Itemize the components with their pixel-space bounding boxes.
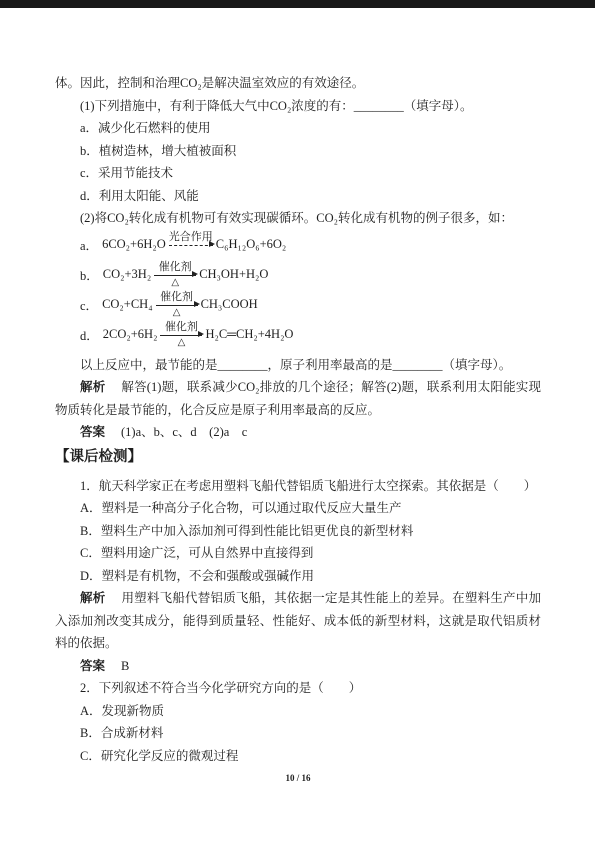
equation-c-label: c．: [80, 296, 98, 314]
q1-option-c: C．塑料用途广泛，可从自然界中直接得到: [55, 542, 541, 565]
q1-answer-text: B: [121, 659, 129, 673]
equation-b-reactants: CO₂+3H₂: [103, 267, 151, 282]
arrow-condition-below: △: [173, 307, 181, 319]
q1-option-b: B．塑料生产中加入添加剂可得到性能比铝更优良的新型材料: [55, 520, 541, 543]
intro-paragraph: 体。因此，控制和治理CO₂是解决温室效应的有效途径。: [55, 72, 541, 95]
part1-option-d: d．利用太阳能、风能: [55, 185, 541, 208]
page-number: 10 / 16: [55, 772, 541, 784]
q1-option-a: A．塑料是一种高分子化合物，可以通过取代反应大量生产: [55, 497, 541, 520]
equation-a-reactants: 6CO₂+6H₂O: [102, 237, 166, 252]
scan-top-edge-bar: [0, 0, 595, 8]
equation-a: a． 6CO₂+6H₂O 光合作用 C₆H₁₂O₆+6O₂: [55, 230, 541, 260]
analysis-text: 解答(1)题，联系减少CO₂排放的几个途径；解答(2)题，联系利用太阳能实现物质…: [55, 380, 541, 417]
reaction-arrow: 催化剂 △: [156, 291, 198, 319]
question-part2-tail: 以上反应中，最节能的是________，原子利用率最高的是________（填字…: [55, 354, 541, 377]
arrow-condition-above: 催化剂: [165, 321, 198, 334]
reaction-arrow-icon: [160, 335, 202, 336]
q1-answer-paragraph: 答案B: [55, 655, 541, 678]
reaction-arrow-icon: [154, 275, 196, 276]
equation-a-label: a．: [80, 236, 98, 254]
answer-label: 答案: [80, 425, 105, 439]
equation-c-products: CH₃COOH: [201, 297, 258, 312]
arrow-condition-above: 催化剂: [160, 291, 193, 304]
q2-option-a: A．发现新物质: [55, 700, 541, 723]
part1-option-a: a．减少化石燃料的使用: [55, 117, 541, 140]
reaction-arrow-icon: [156, 305, 198, 306]
equation-d-reactants: 2CO₂+6H₂: [103, 327, 158, 342]
equation-d-products: H₂C═CH₂+4H₂O: [205, 327, 293, 342]
reaction-arrow: 催化剂 △: [154, 261, 196, 289]
arrow-condition-above: 催化剂: [159, 261, 192, 274]
equation-a-products: C₆H₁₂O₆+6O₂: [216, 237, 287, 252]
q2-stem: 2．下列叙述不符合当今化学研究方向的是（ ）: [55, 677, 541, 700]
reaction-arrow: 催化剂 △: [160, 321, 202, 349]
part-analysis-paragraph: 解析解答(1)题，联系减少CO₂排放的几个途径；解答(2)题，联系利用太阳能实现…: [55, 376, 541, 421]
q2-option-b: B．合成新材料: [55, 722, 541, 745]
answer-text: (1)a、b、c、d (2)a c: [121, 425, 247, 439]
part1-option-c: c．采用节能技术: [55, 162, 541, 185]
equation-d-label: d．: [80, 326, 99, 344]
page-content: 体。因此，控制和治理CO₂是解决温室效应的有效途径。 (1)下列措施中，有利于降…: [55, 72, 541, 784]
part1-option-b: b．植树造林，增大植被面积: [55, 140, 541, 163]
equation-d: d． 2CO₂+6H₂ 催化剂 △ H₂C═CH₂+4H₂O: [55, 320, 541, 350]
q2-option-c: C．研究化学反应的微观过程: [55, 745, 541, 768]
section-header-kehoujiance: 【课后检测】: [55, 445, 541, 470]
q1-stem: 1．航天科学家正在考虑用塑料飞船代替铝质飞船进行太空探索。其依据是（ ）: [55, 475, 541, 498]
question-part2-stem: (2)将CO₂转化成有机物可有效实现碳循环。CO₂转化成有机物的例子很多，如：: [55, 207, 541, 230]
answer-label: 答案: [80, 659, 105, 673]
equation-c-reactants: CO₂+CH₄: [102, 297, 153, 312]
arrow-condition-below: △: [171, 277, 179, 289]
equation-b-label: b．: [80, 266, 99, 284]
part-answer-paragraph: 答案(1)a、b、c、d (2)a c: [55, 421, 541, 444]
equation-c: c． CO₂+CH₄ 催化剂 △ CH₃COOH: [55, 290, 541, 320]
q1-analysis-text: 用塑料飞船代替铝质飞船，其依据一定是其性能上的差异。在塑料生产中加入添加剂改变其…: [55, 591, 541, 650]
q1-option-d: D．塑料是有机物，不会和强酸或强碱作用: [55, 565, 541, 588]
arrow-condition-above: 光合作用: [169, 231, 213, 244]
analysis-label: 解析: [80, 591, 105, 605]
q1-analysis-paragraph: 解析用塑料飞船代替铝质飞船，其依据一定是其性能上的差异。在塑料生产中加入添加剂改…: [55, 587, 541, 655]
reaction-arrow-icon: [169, 245, 213, 246]
analysis-label: 解析: [80, 380, 105, 394]
arrow-condition-below: △: [178, 337, 186, 349]
equation-b: b． CO₂+3H₂ 催化剂 △ CH₃OH+H₂O: [55, 260, 541, 290]
question-part1-stem: (1)下列措施中，有利于降低大气中CO₂浓度的有：________（填字母）。: [55, 95, 541, 118]
reaction-arrow: 光合作用: [169, 231, 213, 259]
equation-b-products: CH₃OH+H₂O: [199, 267, 268, 282]
